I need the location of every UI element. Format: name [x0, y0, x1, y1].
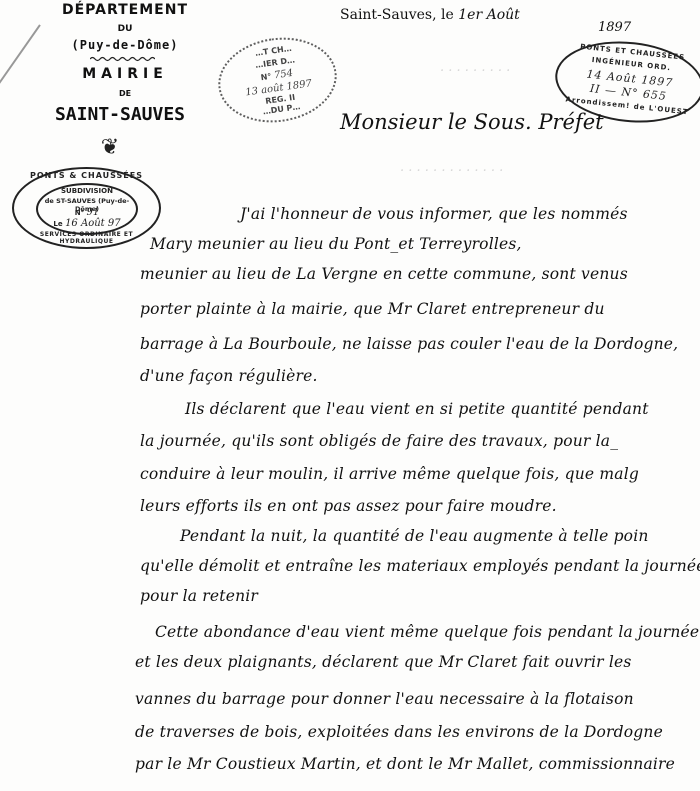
- body-line: vannes du barrage pour donner l'eau nece…: [135, 690, 634, 708]
- letterhead-region: (Puy-de-Dôme): [50, 38, 200, 52]
- body-line: d'une façon régulière.: [140, 367, 318, 385]
- body-line: pour la retenir: [140, 587, 258, 605]
- body-line: Mary meunier au lieu du Pont_et Terreyro…: [150, 235, 522, 253]
- faded-stamp-number: 754: [273, 68, 293, 82]
- letterhead-town: SAINT-SAUVES: [30, 104, 210, 125]
- stamp-date: 16 Août 97: [65, 218, 121, 229]
- bleed-through-text: . . . . . . . . . . . . .: [400, 160, 503, 175]
- body-line: Ils déclarent que l'eau vient en si peti…: [185, 400, 649, 418]
- body-line: la journée, qu'ils sont obligés de faire…: [140, 432, 618, 450]
- stamp-date-label: Le: [53, 220, 62, 228]
- body-line: et les deux plaignants, déclarent que Mr…: [135, 653, 632, 671]
- letterhead-department: DÉPARTEMENT: [50, 2, 200, 18]
- dateline-month: Août: [487, 7, 520, 23]
- faded-reception-stamp: …T CH… …IER D… N° 754 13 août 1897 REG. …: [213, 30, 343, 130]
- letterhead-de: DE: [50, 89, 200, 98]
- body-line: Cette abondance d'eau vient même quelque…: [155, 623, 699, 641]
- paper-fold-mark: [0, 0, 41, 116]
- letter-page: DÉPARTEMENT DU (Puy-de-Dôme) MAIRIE DE S…: [0, 0, 700, 791]
- body-line: conduire à leur moulin, il arrive même q…: [140, 465, 639, 483]
- body-line: qu'elle démolit et entraîne les materiau…: [140, 557, 700, 575]
- squiggle-divider-icon: [90, 56, 155, 62]
- stamp-services: SERVICES ORDINAIRE ET HYDRAULIQUE: [14, 231, 159, 245]
- stamp-inner-ring: SUBDIVISION de ST-SAUVES (Puy-de-Dôme) N…: [36, 183, 138, 235]
- salutation: Monsieur le Sous. Préfet: [340, 110, 604, 134]
- body-line: J'ai l'honneur de vous informer, que les…: [240, 205, 628, 223]
- dateline-printed: Saint-Sauves, le: [340, 7, 454, 23]
- stamp-title: PONTS & CHAUSSÉES: [14, 171, 159, 180]
- body-line: de traverses de bois, exploitées dans le…: [135, 723, 663, 741]
- body-line: par le Mr Coustieux Martin, et dont le M…: [135, 755, 675, 773]
- body-line: Pendant la nuit, la quantité de l'eau au…: [180, 527, 649, 545]
- body-line: porter plainte à la mairie, que Mr Clare…: [140, 300, 605, 318]
- dateline: Saint-Sauves, le 1er Août: [340, 7, 520, 23]
- letterhead-mairie: MAIRIE: [50, 66, 200, 82]
- bleed-through-text: . . . . . . . . .: [440, 60, 510, 75]
- letterhead-du: DU: [50, 24, 200, 34]
- stamp-number: 91: [87, 207, 100, 218]
- fleuron-ornament-icon: ❦: [85, 133, 135, 163]
- ponts-chaussees-stamp: PONTS & CHAUSSÉES SUBDIVISION de ST-SAUV…: [12, 167, 161, 249]
- body-line: meunier au lieu de La Vergne en cette co…: [140, 265, 628, 283]
- stamp-subdivision: SUBDIVISION: [38, 187, 136, 195]
- stamp-number-label: N°: [75, 209, 84, 217]
- dateline-day: 1er: [458, 7, 482, 23]
- body-line: barrage à La Bourboule, ne laisse pas co…: [140, 335, 678, 353]
- body-line: leurs efforts ils en ont pas assez pour …: [140, 497, 557, 515]
- faded-stamp-number-label: N°: [260, 72, 272, 82]
- dateline-year: 1897: [598, 20, 631, 35]
